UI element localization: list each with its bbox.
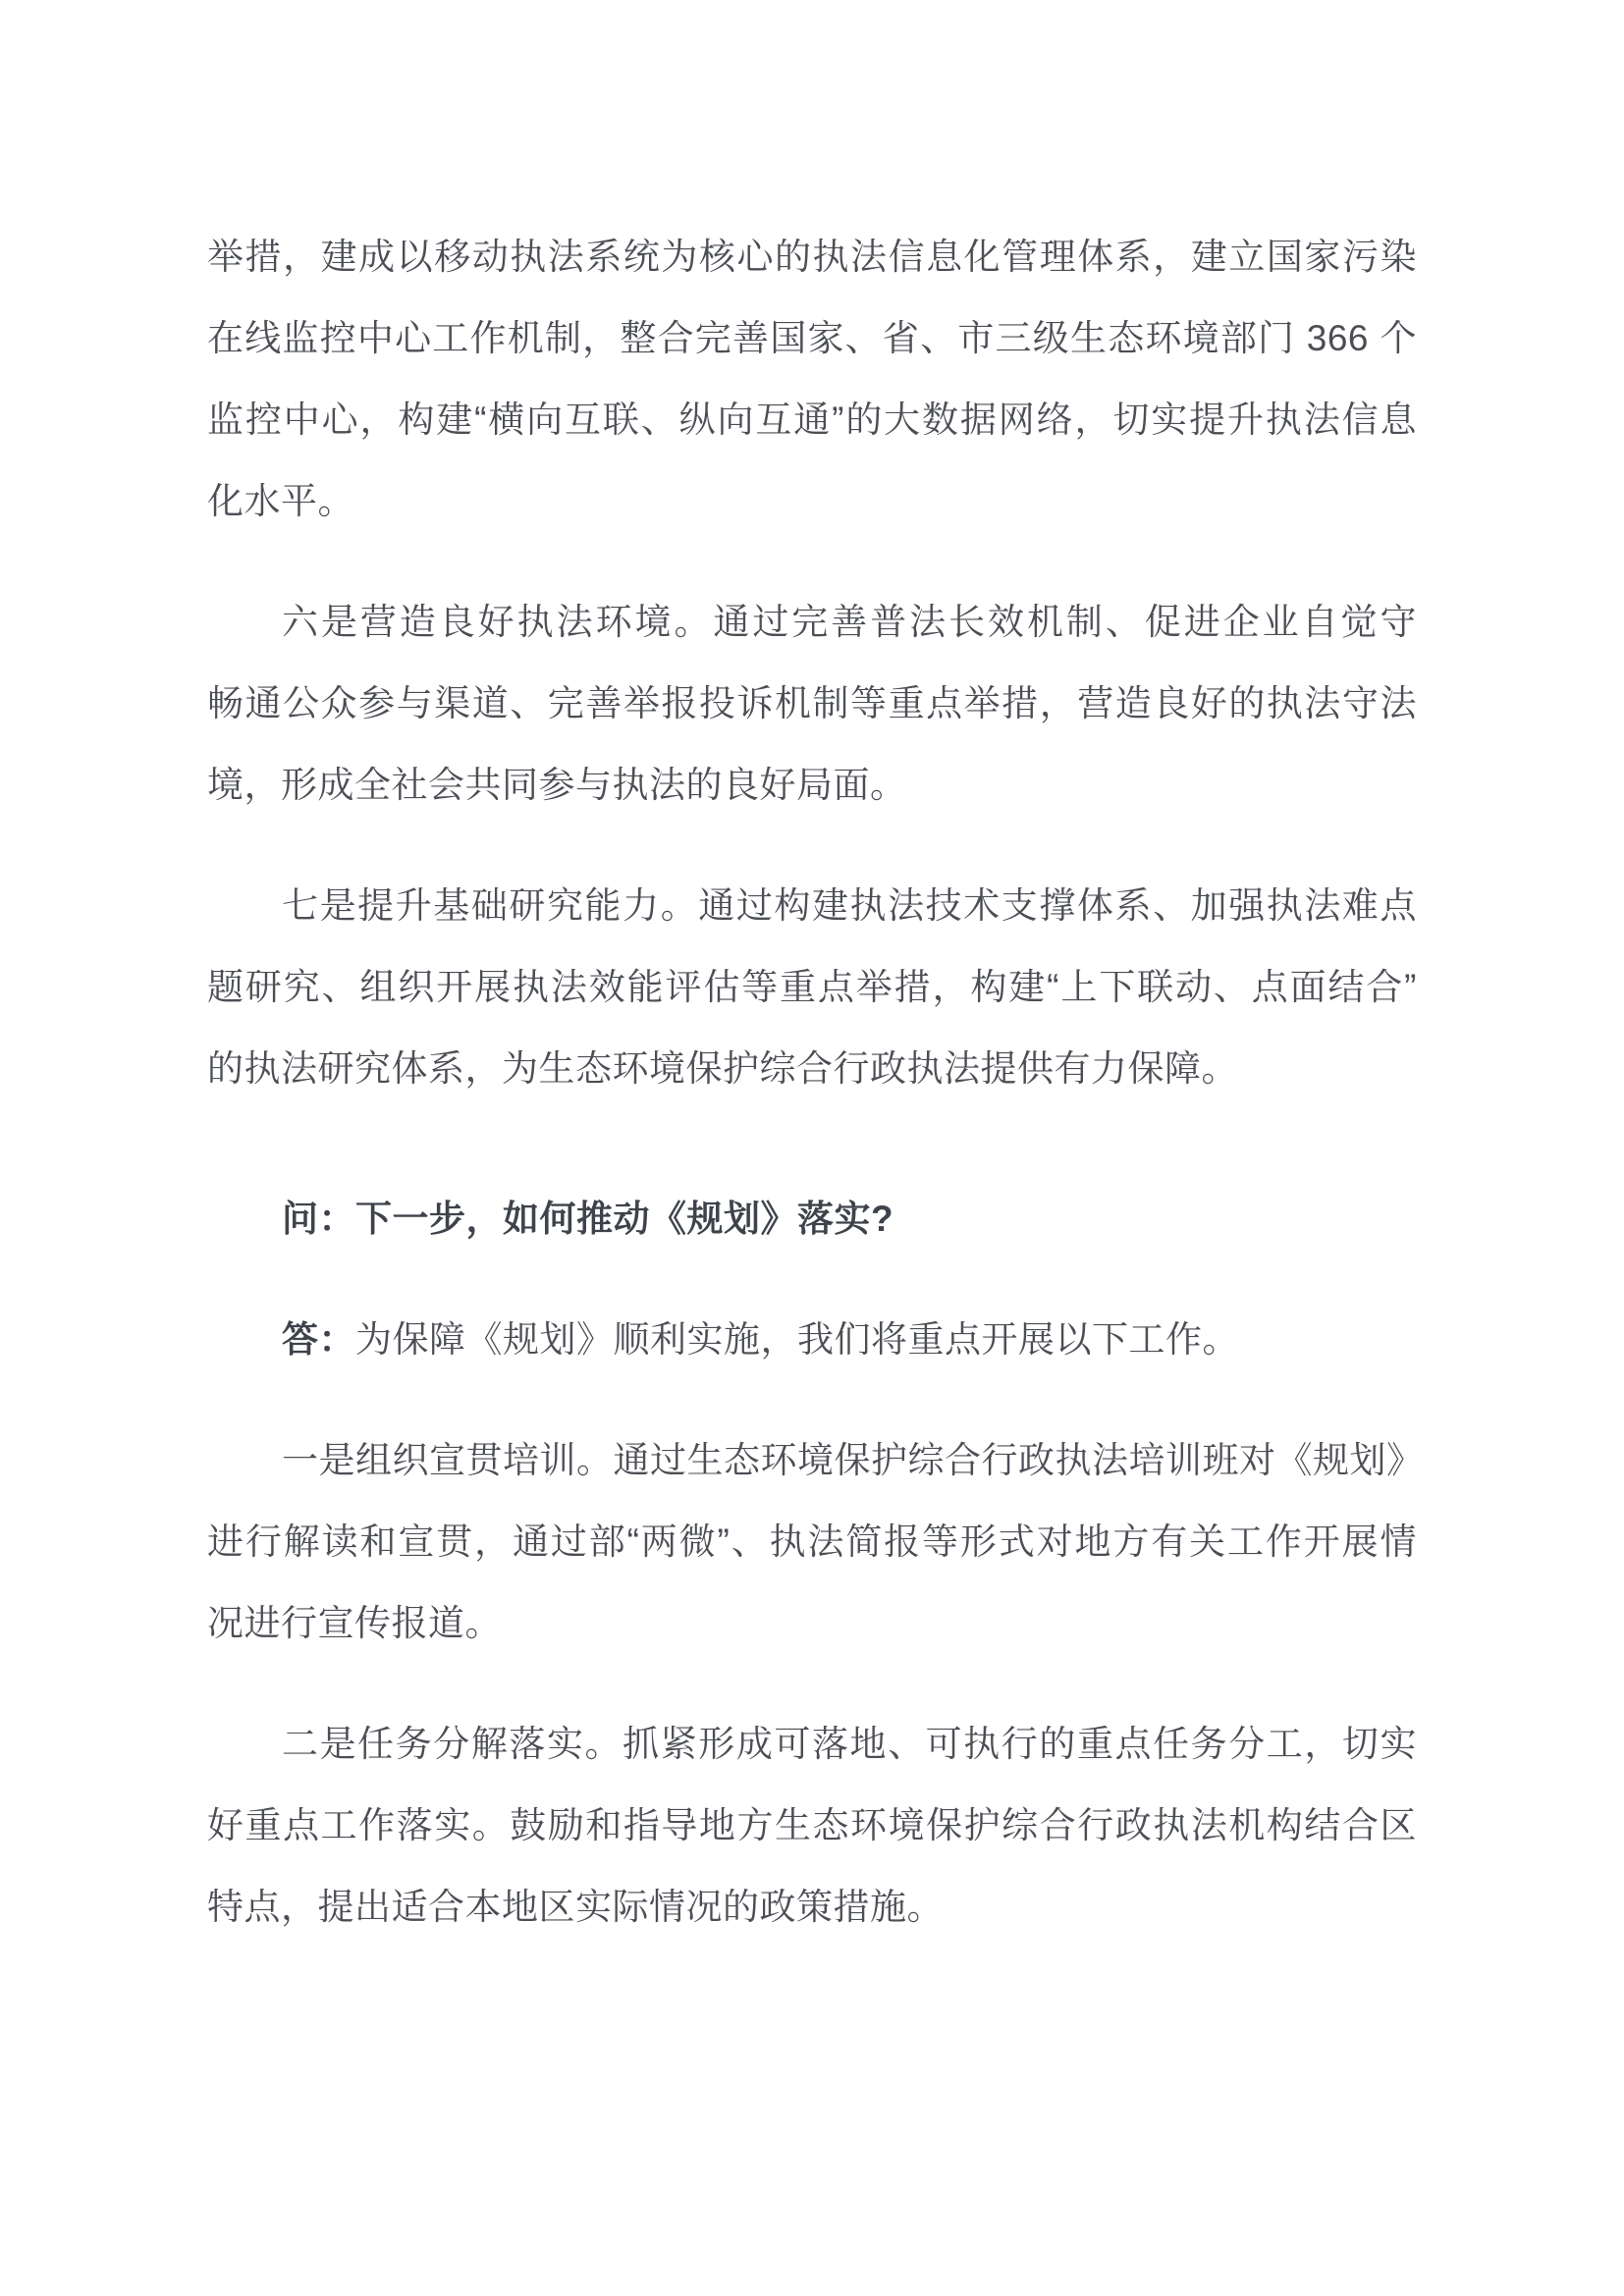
answer-prefix: 答： [282,1319,355,1360]
text-line: 问：下一步，如何推动《规划》落实? [207,1178,1417,1259]
text-line: 监控中心，构建“横向互联、纵向互通”的大数据网络，切实提升执法信息 [207,379,1417,460]
question-prefix: 问： [282,1199,355,1239]
text-line: 题研究、组织开展执法效能评估等重点举措，构建“上下联动、点面结合” [207,946,1417,1028]
paragraph: 二是任务分解落实。抓紧形成可落地、可执行的重点任务分工，切实抓 好重点工作落实。… [207,1703,1417,1948]
text-line: 的执法研究体系，为生态环境保护综合行政执法提供有力保障。 [207,1028,1417,1109]
text-line: 七是提升基础研究能力。通过构建执法技术支撑体系、加强执法难点问 [207,865,1417,946]
answer-paragraph: 答：为保障《规划》顺利实施，我们将重点开展以下工作。 [207,1299,1417,1380]
text-line: 六是营造良好执法环境。通过完善普法长效机制、促进企业自觉守法、 [207,581,1417,663]
text-line: 二是任务分解落实。抓紧形成可落地、可执行的重点任务分工，切实抓 [207,1703,1417,1785]
text-line: 特点，提出适合本地区实际情况的政策措施。 [207,1866,1417,1948]
text-line: 在线监控中心工作机制，整合完善国家、省、市三级生态环境部门 366 个 [207,297,1417,379]
document-page: 举措，建成以移动执法系统为核心的执法信息化管理体系，建立国家污染源 在线监控中心… [0,0,1624,2296]
text-line: 好重点工作落实。鼓励和指导地方生态环境保护综合行政执法机构结合区域 [207,1785,1417,1866]
text-line: 一是组织宣贯培训。通过生态环境保护综合行政执法培训班对《规划》 [207,1419,1417,1501]
answer-text: 为保障《规划》顺利实施，我们将重点开展以下工作。 [355,1319,1239,1360]
question-heading: 问：下一步，如何推动《规划》落实? [207,1178,1417,1259]
text-line: 境，形成全社会共同参与执法的良好局面。 [207,744,1417,826]
question-text: 下一步，如何推动《规划》落实? [355,1199,893,1239]
paragraph: 一是组织宣贯培训。通过生态环境保护综合行政执法培训班对《规划》 进行解读和宣贯，… [207,1419,1417,1664]
text-line: 化水平。 [207,460,1417,542]
paragraph: 七是提升基础研究能力。通过构建执法技术支撑体系、加强执法难点问 题研究、组织开展… [207,865,1417,1109]
paragraph-continuation: 举措，建成以移动执法系统为核心的执法信息化管理体系，建立国家污染源 在线监控中心… [207,216,1417,542]
text-line: 举措，建成以移动执法系统为核心的执法信息化管理体系，建立国家污染源 [207,216,1417,297]
text-line: 畅通公众参与渠道、完善举报投诉机制等重点举措，营造良好的执法守法环 [207,663,1417,744]
text-line: 进行解读和宣贯，通过部“两微”、执法简报等形式对地方有关工作开展情 [207,1501,1417,1582]
paragraph: 六是营造良好执法环境。通过完善普法长效机制、促进企业自觉守法、 畅通公众参与渠道… [207,581,1417,826]
text-line: 况进行宣传报道。 [207,1582,1417,1664]
text-line: 答：为保障《规划》顺利实施，我们将重点开展以下工作。 [207,1299,1417,1380]
